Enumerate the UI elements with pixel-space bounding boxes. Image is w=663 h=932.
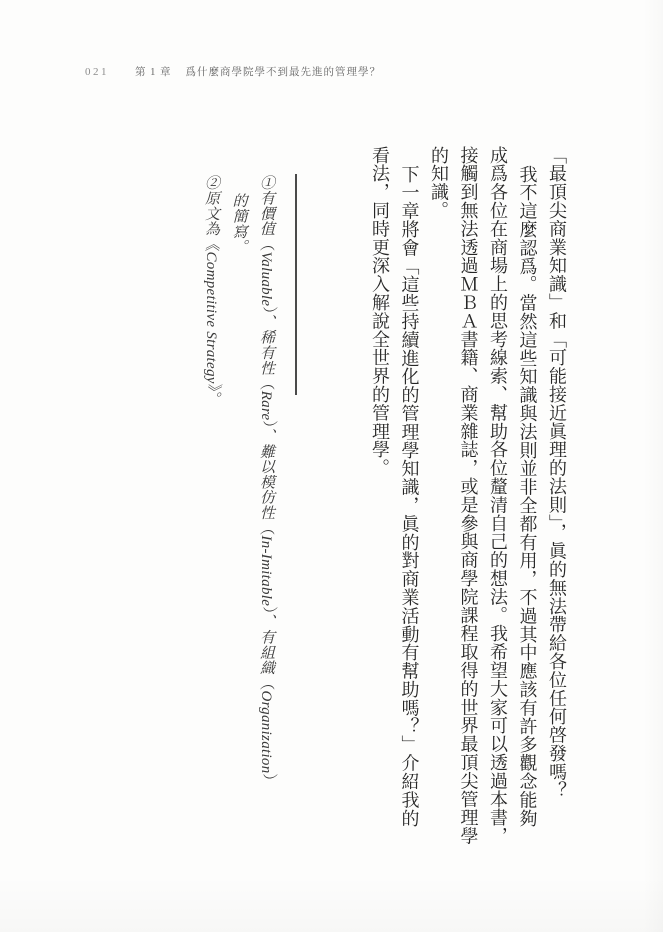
text-column-5: 的知識。	[424, 146, 454, 858]
footnote-1-line-1: ①有價值（Valuable）、稀有性（Rare）、難以模仿性（In-Imitab…	[252, 175, 280, 855]
text-column-7: 看法，同時更深入解說全世界的管理學。	[365, 146, 395, 858]
book-page: 021 第 1 章爲什麼商學院學不到最先進的管理學？ 「最頂尖商業知識」和「可能…	[0, 0, 663, 932]
text-column-1: 「最頂尖商業知識」和「可能接近眞理的法則」，眞的無法帶給各位任何啓發嗎？	[542, 146, 572, 858]
footnotes-block: ①有價值（Valuable）、稀有性（Rare）、難以模仿性（In-Imitab…	[197, 175, 280, 855]
page-number: 021	[85, 66, 109, 78]
footnote-2: ②原文為《Competitive Strategy》。	[197, 175, 225, 855]
chapter-title: 爲什麼商學院學不到最先進的管理學？	[186, 67, 382, 78]
text-column-4: 接觸到無法透過ＭＢＡ書籍、商業雜誌，或是參與商學院課程取得的世界最頂尖管理學	[453, 146, 483, 858]
text-column-6: 下一章將會「這些持續進化的管理學知識，眞的對商業活動有幫助嗎？」介紹我的	[394, 146, 424, 877]
footnote-1-line-2: 的簡寫。	[224, 175, 252, 873]
text-column-2: 我不這麼認爲。當然這些知識與法則並非全都有用，不過其中應該有許多觀念能夠	[512, 146, 542, 877]
main-text-block: 「最頂尖商業知識」和「可能接近眞理的法則」，眞的無法帶給各位任何啓發嗎？ 我不這…	[365, 146, 572, 858]
chapter-heading: 第 1 章爲什麼商學院學不到最先進的管理學？	[135, 67, 381, 78]
footnote-separator-line	[295, 174, 297, 395]
running-header: 021 第 1 章爲什麼商學院學不到最先進的管理學？	[85, 62, 381, 80]
text-column-3: 成爲各位在商場上的思考線索、幫助各位釐清自己的想法。我希望大家可以透過本書，	[483, 146, 513, 858]
chapter-label: 第 1 章	[135, 67, 172, 78]
